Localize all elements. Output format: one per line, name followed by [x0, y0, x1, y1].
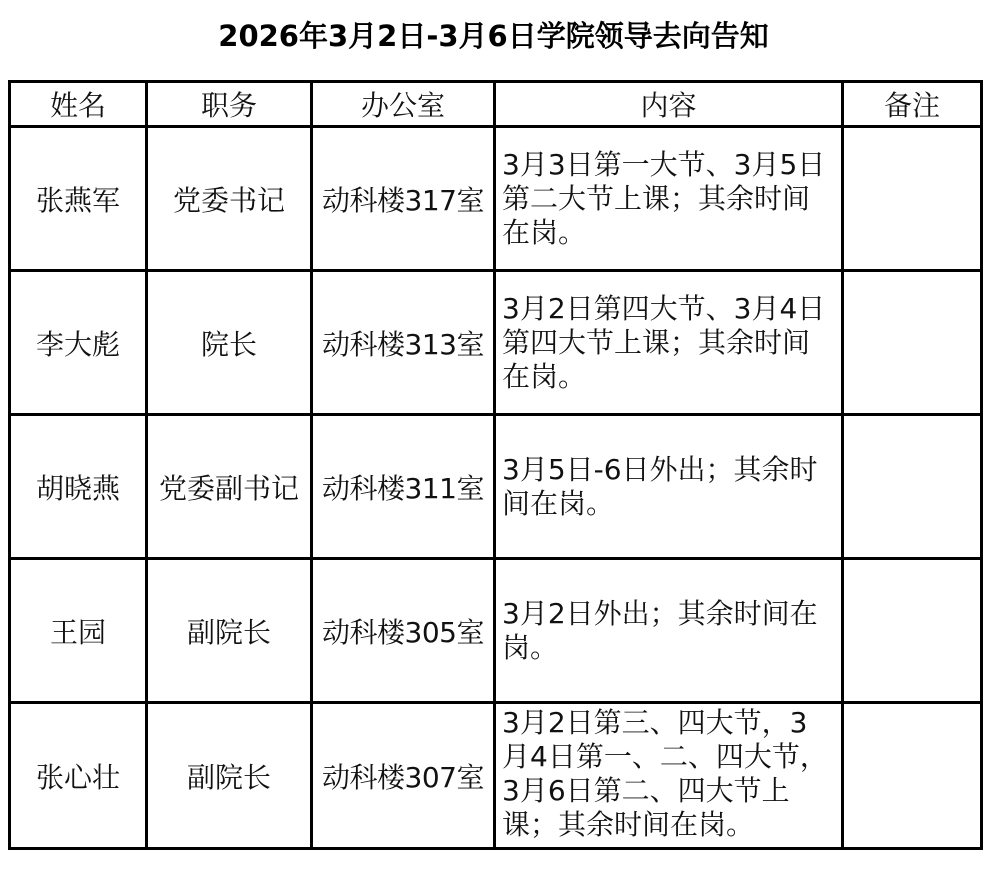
cell-office: 动科楼313室	[312, 271, 495, 415]
cell-content: 3月2日外出；其余时间在岗。	[495, 559, 843, 703]
page-title: 2026年3月2日-3月6日学院领导去向告知	[0, 14, 987, 55]
cell-role: 院长	[147, 271, 312, 415]
cell-office: 动科楼307室	[312, 703, 495, 849]
header-role: 职务	[147, 82, 312, 127]
cell-name: 王园	[10, 559, 147, 703]
cell-role: 党委副书记	[147, 415, 312, 559]
cell-remark	[843, 271, 982, 415]
header-name: 姓名	[10, 82, 147, 127]
cell-role: 副院长	[147, 703, 312, 849]
table-row: 胡晓燕 党委副书记 动科楼311室 3月5日-6日外出；其余时间在岗。	[10, 415, 982, 559]
cell-content: 3月3日第一大节、3月5日第二大节上课；其余时间在岗。	[495, 127, 843, 271]
table-row: 张燕军 党委书记 动科楼317室 3月3日第一大节、3月5日第二大节上课；其余时…	[10, 127, 982, 271]
cell-name: 张燕军	[10, 127, 147, 271]
header-content: 内容	[495, 82, 843, 127]
cell-role: 党委书记	[147, 127, 312, 271]
cell-role: 副院长	[147, 559, 312, 703]
cell-name: 胡晓燕	[10, 415, 147, 559]
cell-name: 张心壮	[10, 703, 147, 849]
cell-office: 动科楼317室	[312, 127, 495, 271]
cell-remark	[843, 703, 982, 849]
header-office: 办公室	[312, 82, 495, 127]
table-row: 王园 副院长 动科楼305室 3月2日外出；其余时间在岗。	[10, 559, 982, 703]
cell-content: 3月2日第三、四大节，3月4日第一、二、四大节，3月6日第二、四大节上课；其余时…	[495, 703, 843, 849]
cell-office: 动科楼311室	[312, 415, 495, 559]
cell-name: 李大彪	[10, 271, 147, 415]
cell-content: 3月2日第四大节、3月4日第四大节上课；其余时间在岗。	[495, 271, 843, 415]
cell-remark	[843, 559, 982, 703]
cell-content: 3月5日-6日外出；其余时间在岗。	[495, 415, 843, 559]
leader-schedule-table: 姓名 职务 办公室 内容 备注 张燕军 党委书记 动科楼317室 3月3日第一大…	[8, 80, 983, 850]
cell-remark	[843, 415, 982, 559]
cell-remark	[843, 127, 982, 271]
table-row: 张心壮 副院长 动科楼307室 3月2日第三、四大节，3月4日第一、二、四大节，…	[10, 703, 982, 849]
cell-office: 动科楼305室	[312, 559, 495, 703]
table-header-row: 姓名 职务 办公室 内容 备注	[10, 82, 982, 127]
header-remark: 备注	[843, 82, 982, 127]
table-row: 李大彪 院长 动科楼313室 3月2日第四大节、3月4日第四大节上课；其余时间在…	[10, 271, 982, 415]
